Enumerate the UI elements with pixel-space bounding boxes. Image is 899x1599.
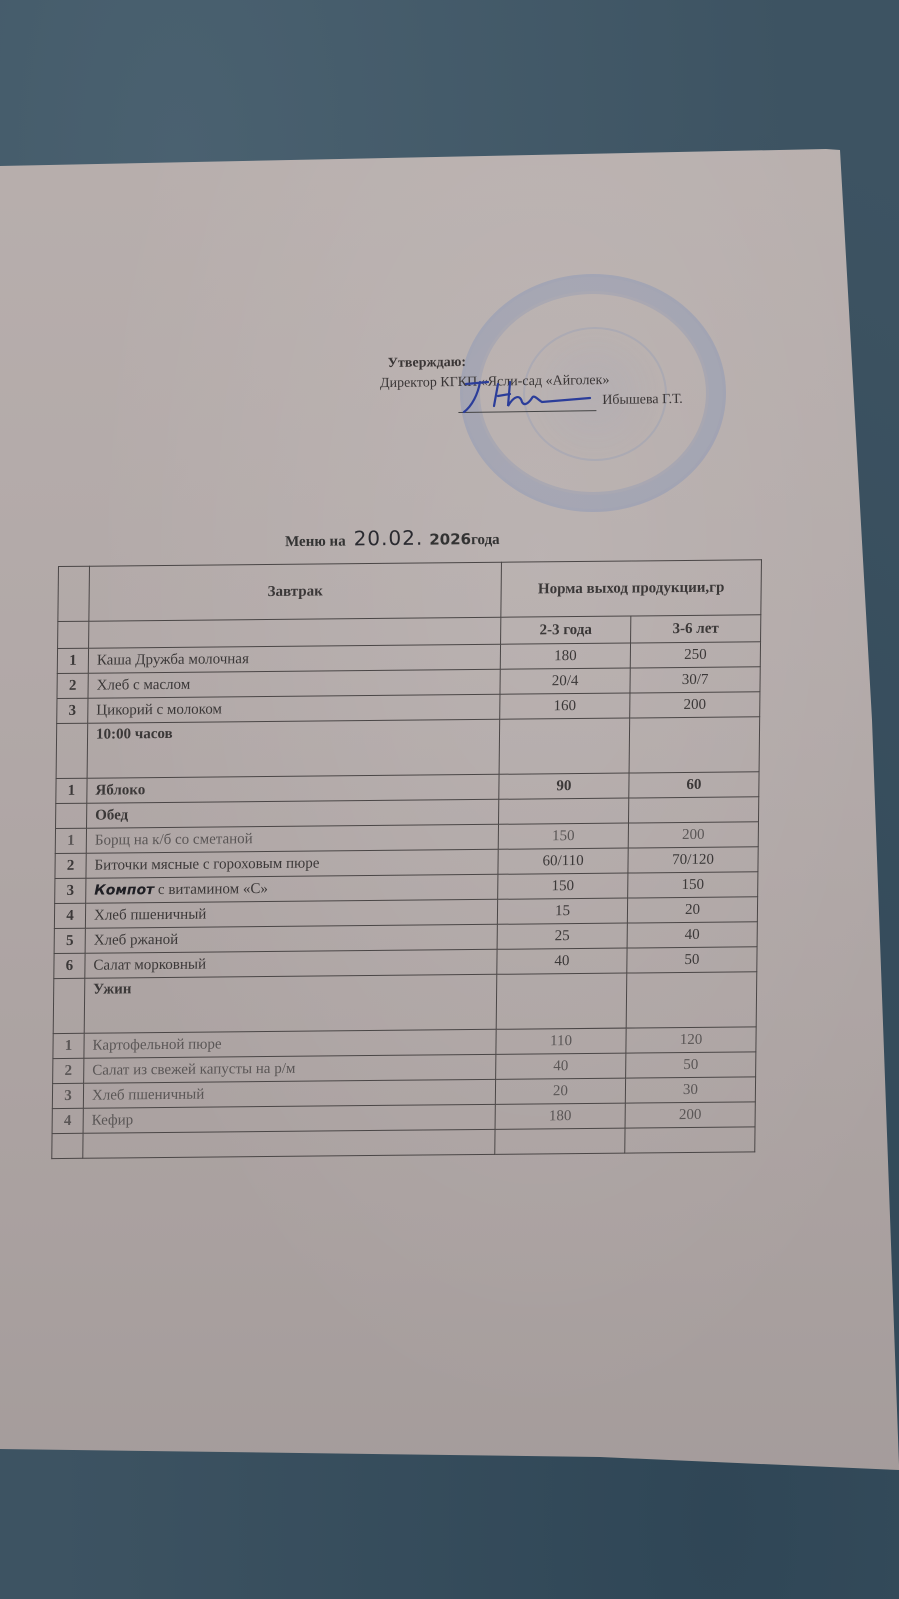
portion-3-6-years: 200 [625, 1102, 755, 1128]
row-number: 4 [54, 903, 85, 928]
portion-2-3-years: 40 [496, 1053, 626, 1079]
header-num-cell [58, 566, 90, 621]
portion-3-6-years: 50 [627, 947, 757, 973]
dish-name-text: Кефир [92, 1112, 134, 1128]
table-header-row: Завтрак Норма выход продукции,гр [58, 560, 762, 622]
section-title: Ужин [84, 974, 497, 1033]
dish-name-text: Хлеб пшеничный [92, 1087, 205, 1104]
empty-cell [626, 972, 757, 1028]
portion-3-6-years: 70/120 [628, 847, 758, 873]
portion-2-3-years: 150 [498, 823, 628, 849]
subheader-name-cell [89, 617, 501, 648]
empty-cell [499, 798, 629, 824]
row-number [53, 978, 85, 1033]
row-number: 4 [52, 1108, 83, 1133]
dish-name-text: Картофельной пюре [92, 1036, 221, 1053]
portion-3-6-years: 20 [627, 897, 757, 923]
dish-name-text: Цикорий с молоком [96, 701, 222, 718]
section-row-snack: 10:00 часов [56, 717, 760, 779]
portion-2-3-years: 25 [497, 923, 627, 949]
dish-name-text: Биточки мясные с гороховым пюре [95, 856, 320, 874]
empty-cell [495, 1128, 625, 1154]
row-number: 1 [57, 648, 88, 673]
dish-name-text: Борщ на к/б со сметаной [95, 831, 253, 849]
age-col-2: 3-6 лет [631, 615, 761, 643]
signature-icon [458, 376, 598, 416]
section-row-dinner: Ужин [53, 972, 757, 1034]
portion-2-3-years: 160 [500, 693, 630, 719]
menu-title-suffix: года [471, 532, 500, 548]
portion-3-6-years: 50 [626, 1052, 756, 1078]
empty-cell [625, 1127, 755, 1153]
menu-title: Меню на20.02.2026года [285, 525, 500, 551]
portion-3-6-years: 40 [627, 922, 757, 948]
section-title: 10:00 часов [87, 719, 500, 778]
row-number: 6 [54, 953, 85, 978]
portion-2-3-years: 110 [496, 1028, 626, 1054]
dish-name-text: Яблоко [95, 782, 145, 798]
header-norm-cell: Норма выход продукции,гр [501, 560, 762, 618]
signatory-name: Ибышева Г.Т. [602, 392, 683, 408]
empty-cell [629, 717, 760, 773]
portion-3-6-years: 30 [625, 1077, 755, 1103]
portion-3-6-years: 200 [628, 822, 758, 848]
menu-title-prefix: Меню на [285, 533, 346, 550]
row-number: 3 [57, 698, 88, 723]
portion-2-3-years: 180 [500, 643, 630, 669]
portion-2-3-years: 90 [499, 773, 629, 799]
dish-name-text: Салат морковный [93, 957, 206, 974]
dish-name-text: Хлеб ржаной [94, 932, 179, 949]
row-number: 3 [52, 1083, 83, 1108]
empty-cell [496, 973, 627, 1029]
menu-table: Завтрак Норма выход продукции,гр 2-3 год… [51, 559, 762, 1159]
row-number: 2 [55, 853, 86, 878]
empty-cell [499, 718, 630, 774]
empty-cell [83, 1129, 495, 1158]
row-number: 5 [54, 928, 85, 953]
portion-2-3-years: 180 [495, 1103, 625, 1129]
portion-2-3-years: 15 [497, 898, 627, 924]
dish-name-text: Хлеб пшеничный [94, 907, 207, 924]
portion-2-3-years: 60/110 [498, 848, 628, 874]
portion-3-6-years: 250 [630, 642, 760, 668]
age-col-1: 2-3 года [501, 616, 631, 644]
subheader-num-cell [58, 621, 89, 648]
dish-name-text: Каша Дружба молочная [97, 651, 249, 668]
menu-table-container: Завтрак Норма выход продукции,гр 2-3 год… [51, 559, 762, 1159]
row-number: 1 [56, 778, 87, 803]
portion-3-6-years: 30/7 [630, 667, 760, 693]
row-number: 2 [57, 673, 88, 698]
dish-name-text: Хлеб с маслом [97, 677, 191, 694]
row-number [56, 803, 87, 828]
row-number: 1 [55, 828, 86, 853]
handwritten-dish-word: Компот [94, 882, 154, 899]
dish-name-text: с витамином «С» [158, 881, 268, 898]
row-number [56, 723, 88, 778]
portion-2-3-years: 40 [497, 948, 627, 974]
portion-3-6-years: 60 [629, 772, 759, 798]
row-number: 1 [53, 1033, 84, 1058]
portion-3-6-years: 200 [630, 692, 760, 718]
menu-year: 2026 [429, 530, 471, 548]
portion-3-6-years: 120 [626, 1027, 756, 1053]
row-number: 3 [55, 878, 86, 903]
portion-2-3-years: 150 [498, 873, 628, 899]
dish-name-text: Салат из свежей капусты на р/м [92, 1061, 295, 1079]
row-number: 2 [53, 1058, 84, 1083]
portion-2-3-years: 20/4 [500, 668, 630, 694]
handwritten-date: 20.02. [354, 526, 424, 551]
header-section-cell: Завтрак [89, 562, 502, 621]
empty-cell [628, 797, 758, 823]
portion-2-3-years: 20 [495, 1078, 625, 1104]
empty-cell [52, 1133, 83, 1158]
portion-3-6-years: 150 [628, 872, 758, 898]
